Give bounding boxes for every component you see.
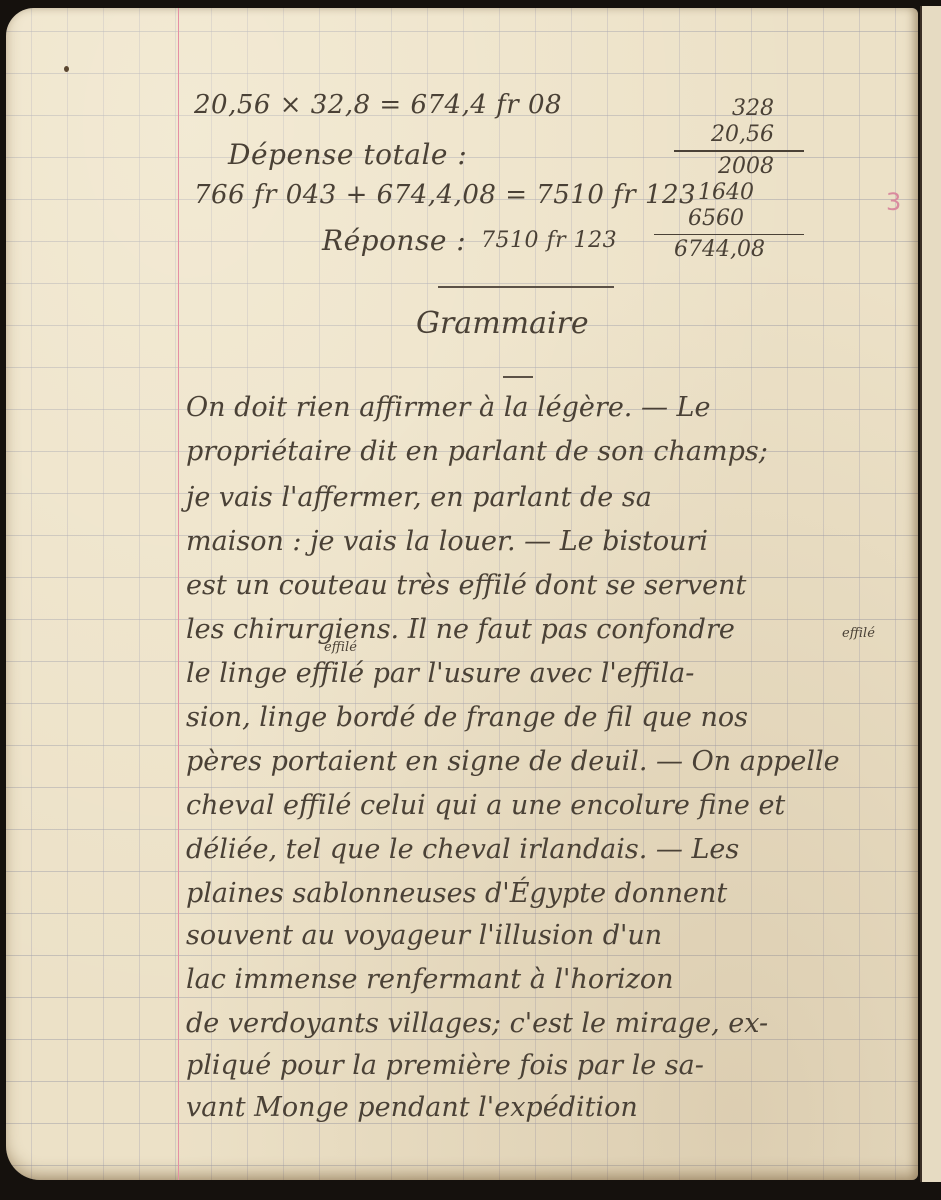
column-rule <box>674 150 804 152</box>
paragraph-line: déliée, tel que le cheval irlandais. — L… <box>186 834 739 865</box>
red-margin-line <box>178 8 179 1180</box>
partial-product-1: 2008 <box>674 154 804 180</box>
answer-label: Réponse : <box>322 224 466 257</box>
paragraph-line: maison : je vais la louer. — Le bistouri <box>186 526 708 557</box>
partial-product-2: 1640 <box>674 180 804 206</box>
paragraph-line: cheval effilé celui qui a une encolure f… <box>186 790 785 821</box>
ink-spot <box>64 66 69 72</box>
column-rule <box>654 234 804 236</box>
product-result: 6744,08 <box>674 237 804 263</box>
multiplier: 20,56 <box>674 122 804 148</box>
calc-line-3: 766 fr 043 + 674,4,08 = 7510 fr 123 <box>194 180 696 210</box>
calc-total-label: Dépense totale : <box>228 138 467 171</box>
adjacent-page-edge <box>920 6 941 1182</box>
paragraph-line: sion, linge bordé de frange de fil que n… <box>186 702 748 733</box>
paragraph-line: de verdoyants villages; c'est le mirage,… <box>186 1008 768 1039</box>
margin-mark: 3 <box>886 188 901 216</box>
title-bottom-rule <box>503 376 533 378</box>
paragraph-line: le linge effilé par l'usure avec l'effil… <box>186 658 694 689</box>
correction-note: effilé <box>842 626 875 641</box>
paragraph-line: pliqué pour la première fois par le sa- <box>186 1050 704 1081</box>
title-top-rule <box>438 286 614 288</box>
answer-value: 7510 fr 123 <box>481 228 617 253</box>
paragraph-line: lac immense renfermant à l'horizon <box>186 964 674 995</box>
correction-note: effilé <box>324 640 357 655</box>
paragraph-line: les chirurgiens. Il ne faut pas confondr… <box>186 614 735 645</box>
paragraph-line: On doit rien affirmer à la légère. — Le <box>186 392 710 423</box>
partial-product-3: 6560 <box>674 206 804 232</box>
column-multiplication: 328 20,56 2008 1640 6560 6744,08 <box>674 96 804 263</box>
paragraph-line: plaines sablonneuses d'Égypte donnent <box>186 878 727 909</box>
section-title: Grammaire <box>416 306 589 341</box>
notebook-page: 20,56 × 32,8 = 674,4 fr 08 Dépense total… <box>6 8 918 1180</box>
paragraph-line: propriétaire dit en parlant de son champ… <box>186 436 768 467</box>
calc-line-1: 20,56 × 32,8 = 674,4 fr 08 <box>194 90 562 120</box>
paragraph-line: vant Monge pendant l'expédition <box>186 1092 638 1123</box>
paragraph-line: est un couteau très effilé dont se serve… <box>186 570 746 601</box>
paragraph-line: je vais l'affermer, en parlant de sa <box>186 482 652 513</box>
paragraph-line: souvent au voyageur l'illusion d'un <box>186 920 662 951</box>
multiplicand: 328 <box>674 96 804 122</box>
paragraph-line: pères portaient en signe de deuil. — On … <box>186 746 840 777</box>
